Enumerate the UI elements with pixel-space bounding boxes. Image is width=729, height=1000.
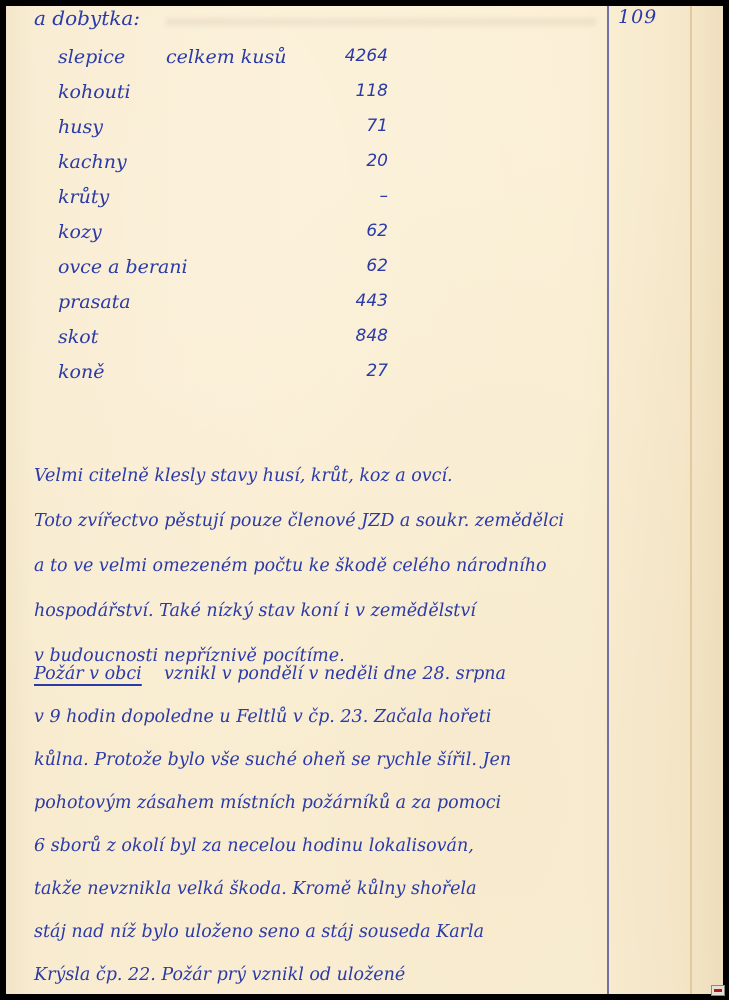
text-line: v 9 hodin dopoledne u Feltlů v čp. 23. Z… [34,696,604,739]
animal-count: 62 [366,256,388,276]
animal-count: – [380,186,389,206]
text-line: pohotovým zásahem místních požárníků a z… [34,782,604,825]
table-row: husy 71 [58,116,398,151]
text-line: a to ve velmi omezeném počtu ke škodě ce… [34,544,604,589]
minimize-icon[interactable] [711,985,725,996]
margin-rule [607,6,609,994]
paragraph-fire-report: Požár v obci vznikl v pondělí v neděli d… [34,653,604,994]
animal-count: 118 [356,81,388,101]
animal-label: koně [58,361,104,383]
table-row: skot 848 [58,326,398,361]
table-row: koně 27 [58,361,398,396]
heading-line-rest: vznikl v pondělí v neděli dne 28. srpna [164,664,506,684]
table-row: ovce a berani 62 [58,256,398,291]
bleed-through-text [166,18,596,26]
animal-count: 20 [366,151,388,171]
animal-label: prasata [58,291,131,313]
animal-count: 848 [356,326,388,346]
section-heading: Požár v obci [34,664,142,684]
table-row: kachny 20 [58,151,398,186]
chronicle-page: 109 a dobytka: slepice celkem kusů 4264 … [6,6,723,994]
table-row: slepice celkem kusů 4264 [58,46,398,81]
text-line: Požár v obci vznikl v pondělí v neděli d… [34,653,604,696]
text-line: Krýsla čp. 22. Požár prý vznikl od ulože… [34,954,604,994]
page-number: 109 [618,6,657,28]
page-edge-rule [690,6,692,994]
animal-count: 27 [366,361,388,381]
text-line: stáj nad níž bylo uloženo seno a stáj so… [34,911,604,954]
table-row: kozy 62 [58,221,398,256]
row-note: celkem kusů [166,46,287,68]
text-line: Velmi citelně klesly stavy husí, krůt, k… [34,454,604,499]
text-line: hospodářství. Také nízký stav koní i v z… [34,589,604,634]
animal-label: slepice [58,46,125,68]
text-line: kůlna. Protože bylo vše suché oheň se ry… [34,739,604,782]
text-line: 6 sborů z okolí byl za necelou hodinu lo… [34,825,604,868]
minimize-bar [714,989,722,992]
text-line: takže nevznikla velká škoda. Kromě kůlny… [34,868,604,911]
animal-label: husy [58,116,103,138]
scan-frame: 109 a dobytka: slepice celkem kusů 4264 … [6,6,723,994]
table-row: prasata 443 [58,291,398,326]
animal-count: 62 [366,221,388,241]
animal-count: 71 [366,116,388,136]
paragraph-livestock-decline: Velmi citelně klesly stavy husí, krůt, k… [34,454,604,679]
table-row: krůty – [58,186,398,221]
animal-label: skot [58,326,98,348]
animal-label: ovce a berani [58,256,188,278]
animal-count: 4264 [345,46,388,66]
table-row: kohouti 118 [58,81,398,116]
section-intro: a dobytka: [34,6,140,30]
animal-label: krůty [58,186,109,208]
animal-label: kozy [58,221,102,243]
animal-label: kachny [58,151,127,173]
livestock-table: slepice celkem kusů 4264 kohouti 118 hus… [58,46,398,396]
text-line: Toto zvířectvo pěstují pouze členové JZD… [34,499,604,544]
animal-count: 443 [356,291,388,311]
animal-label: kohouti [58,81,131,103]
